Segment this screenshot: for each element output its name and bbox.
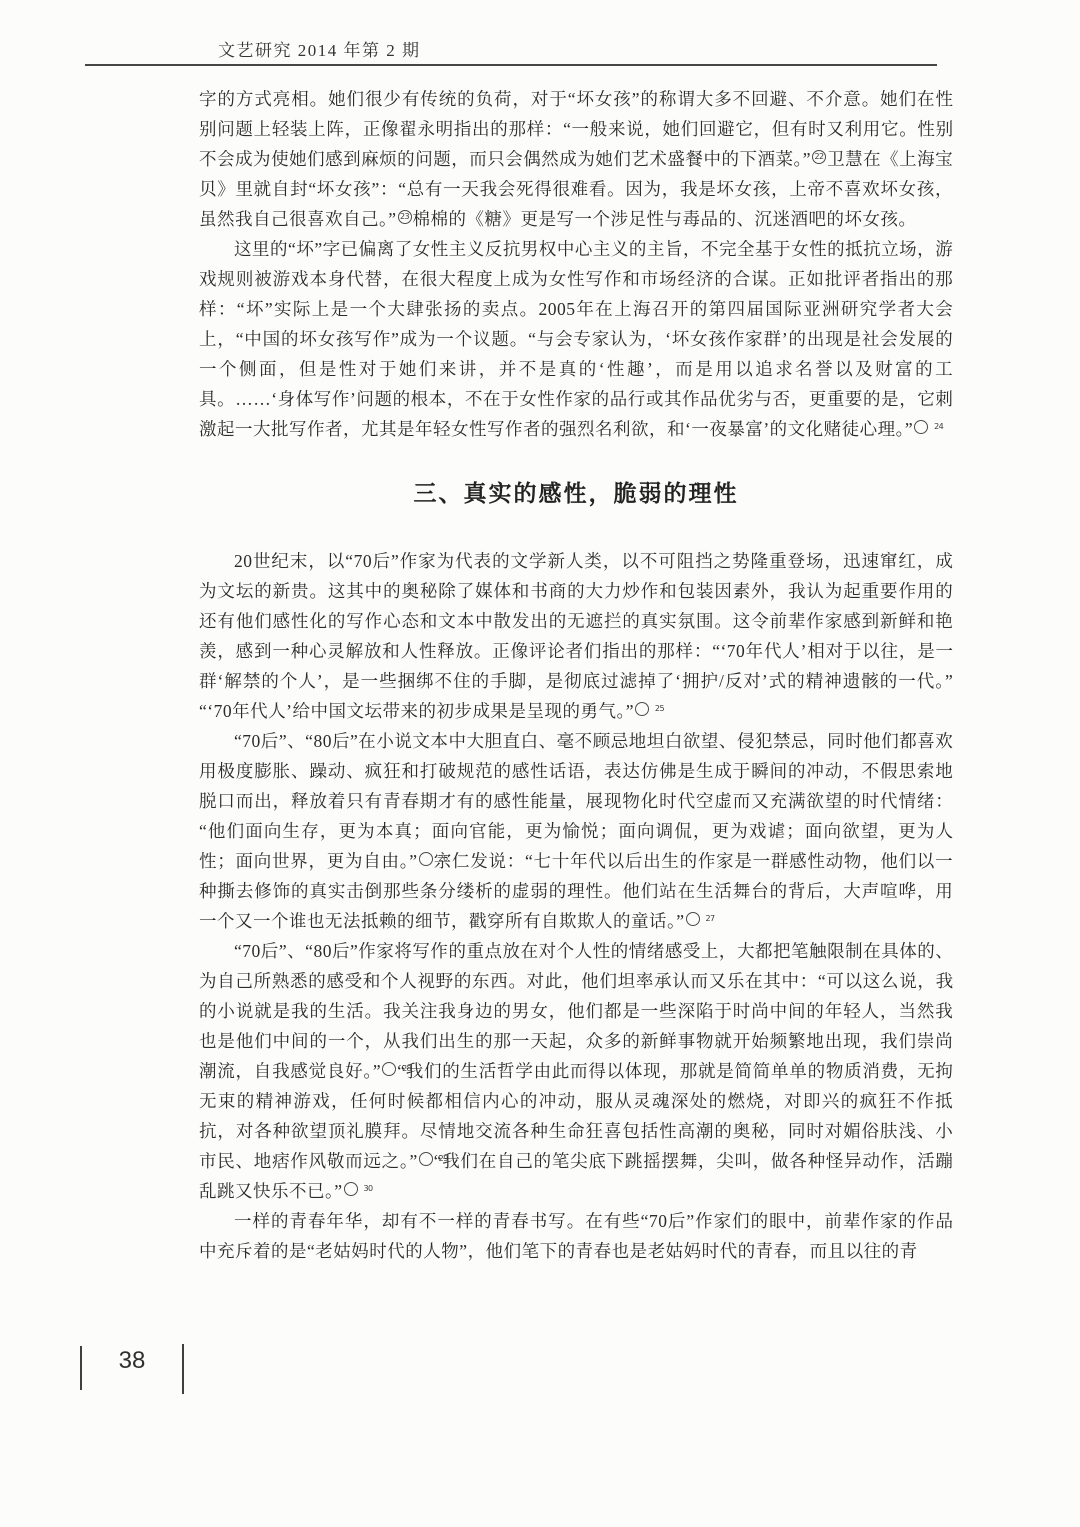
footnote-marker: 23	[398, 210, 412, 224]
page-footer: 38	[80, 1346, 184, 1394]
journal-page: 文艺研究 2014 年第 2 期 字的方式亮相。她们很少有传统的负荷，对于“坏女…	[0, 0, 1080, 1527]
paragraph: “70后”、“80后”作家将写作的重点放在对个人性的情绪感受上，大都把笔触限制在…	[199, 936, 953, 1206]
header-rule	[85, 64, 937, 66]
paragraph: “70后”、“80后”在小说文本中大胆直白、毫不顾忌地坦白欲望、侵犯禁忌，同时他…	[199, 726, 953, 936]
footnote-marker: 30	[344, 1182, 358, 1196]
footnote-marker: 28	[382, 1062, 396, 1076]
footnote-marker: 25	[635, 702, 649, 716]
footnote-marker: 29	[419, 1152, 433, 1166]
section-heading: 三、真实的感性，脆弱的理性	[199, 478, 953, 508]
footnote-marker: 27	[686, 912, 700, 926]
paragraph: 字的方式亮相。她们很少有传统的负荷，对于“坏女孩”的称谓大多不回避、不介意。她们…	[199, 84, 953, 234]
paragraph: 一样的青春年华，却有不一样的青春书写。在有些“70后”作家们的眼中，前辈作家的作…	[199, 1206, 953, 1266]
footnote-marker: 26	[419, 852, 433, 866]
page-number: 38	[82, 1347, 182, 1375]
paragraph: 这里的“坏”字已偏离了女性主义反抗男权中心主义的主旨，不完全基于女性的抵抗立场，…	[199, 234, 953, 444]
article-body: 字的方式亮相。她们很少有传统的负荷，对于“坏女孩”的称谓大多不回避、不介意。她们…	[199, 84, 953, 1266]
footnote-marker: 24	[914, 420, 928, 434]
footnote-marker: 22	[812, 150, 826, 164]
folio-bar-right	[182, 1344, 184, 1394]
journal-issue-label: 文艺研究 2014 年第 2 期	[218, 36, 421, 61]
paragraph: 20世纪末，以“70后”作家为代表的文学新人类，以不可阻挡之势隆重登场，迅速窜红…	[199, 546, 953, 726]
